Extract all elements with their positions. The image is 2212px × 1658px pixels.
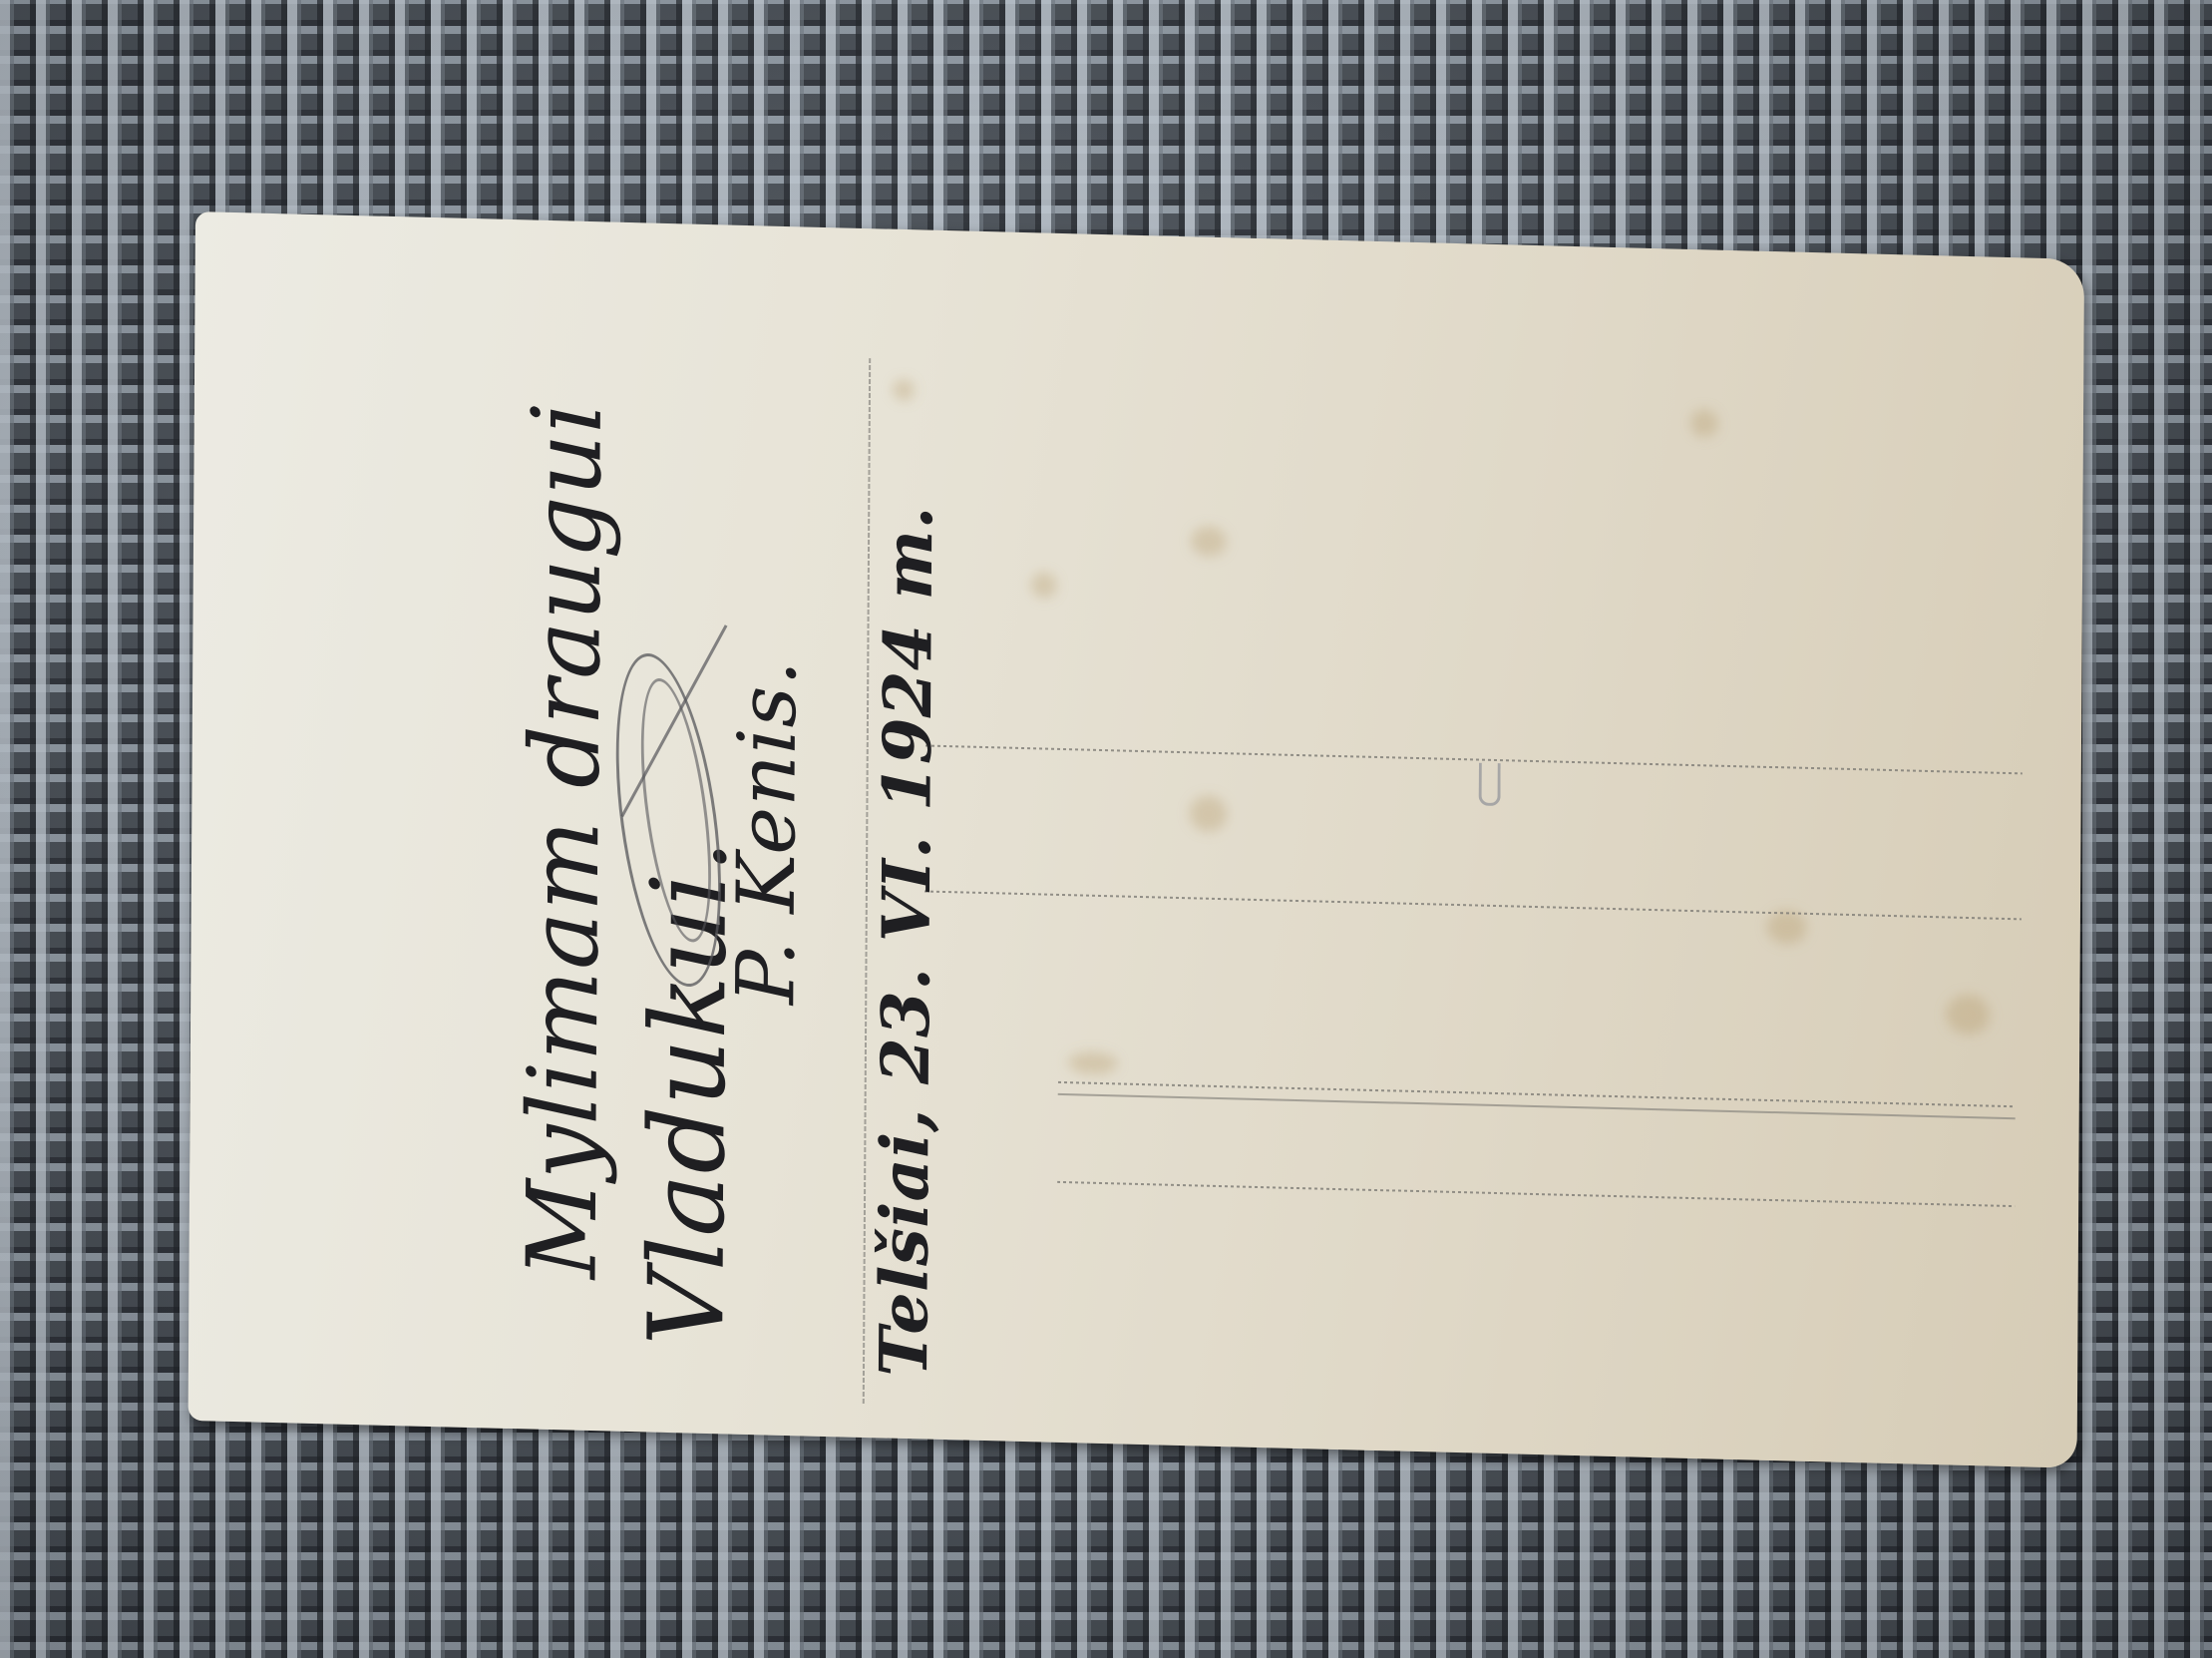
address-line xyxy=(924,891,2022,921)
age-stain xyxy=(1946,994,1990,1035)
age-stain xyxy=(893,379,915,402)
age-stain xyxy=(1068,1051,1118,1074)
address-line xyxy=(1058,1093,2016,1119)
address-line xyxy=(925,745,2023,775)
signature: P. Kenis. xyxy=(719,657,814,1005)
age-stain xyxy=(1031,572,1057,599)
address-line xyxy=(1058,1081,2016,1107)
place-and-date: Telšiai, 23. VI. 1924 m. xyxy=(865,504,947,1378)
age-stain xyxy=(1690,409,1718,438)
age-stain xyxy=(1767,910,1807,945)
age-stain xyxy=(1191,526,1227,557)
postcard-back: Mylimam draugui Vladukui. P. Kenis. Telš… xyxy=(188,211,2084,1468)
pencil-mark xyxy=(1479,763,1501,807)
age-stain xyxy=(1189,795,1227,832)
dedication-line-1: Mylimam draugui xyxy=(507,400,623,1280)
address-line xyxy=(1057,1181,2015,1207)
